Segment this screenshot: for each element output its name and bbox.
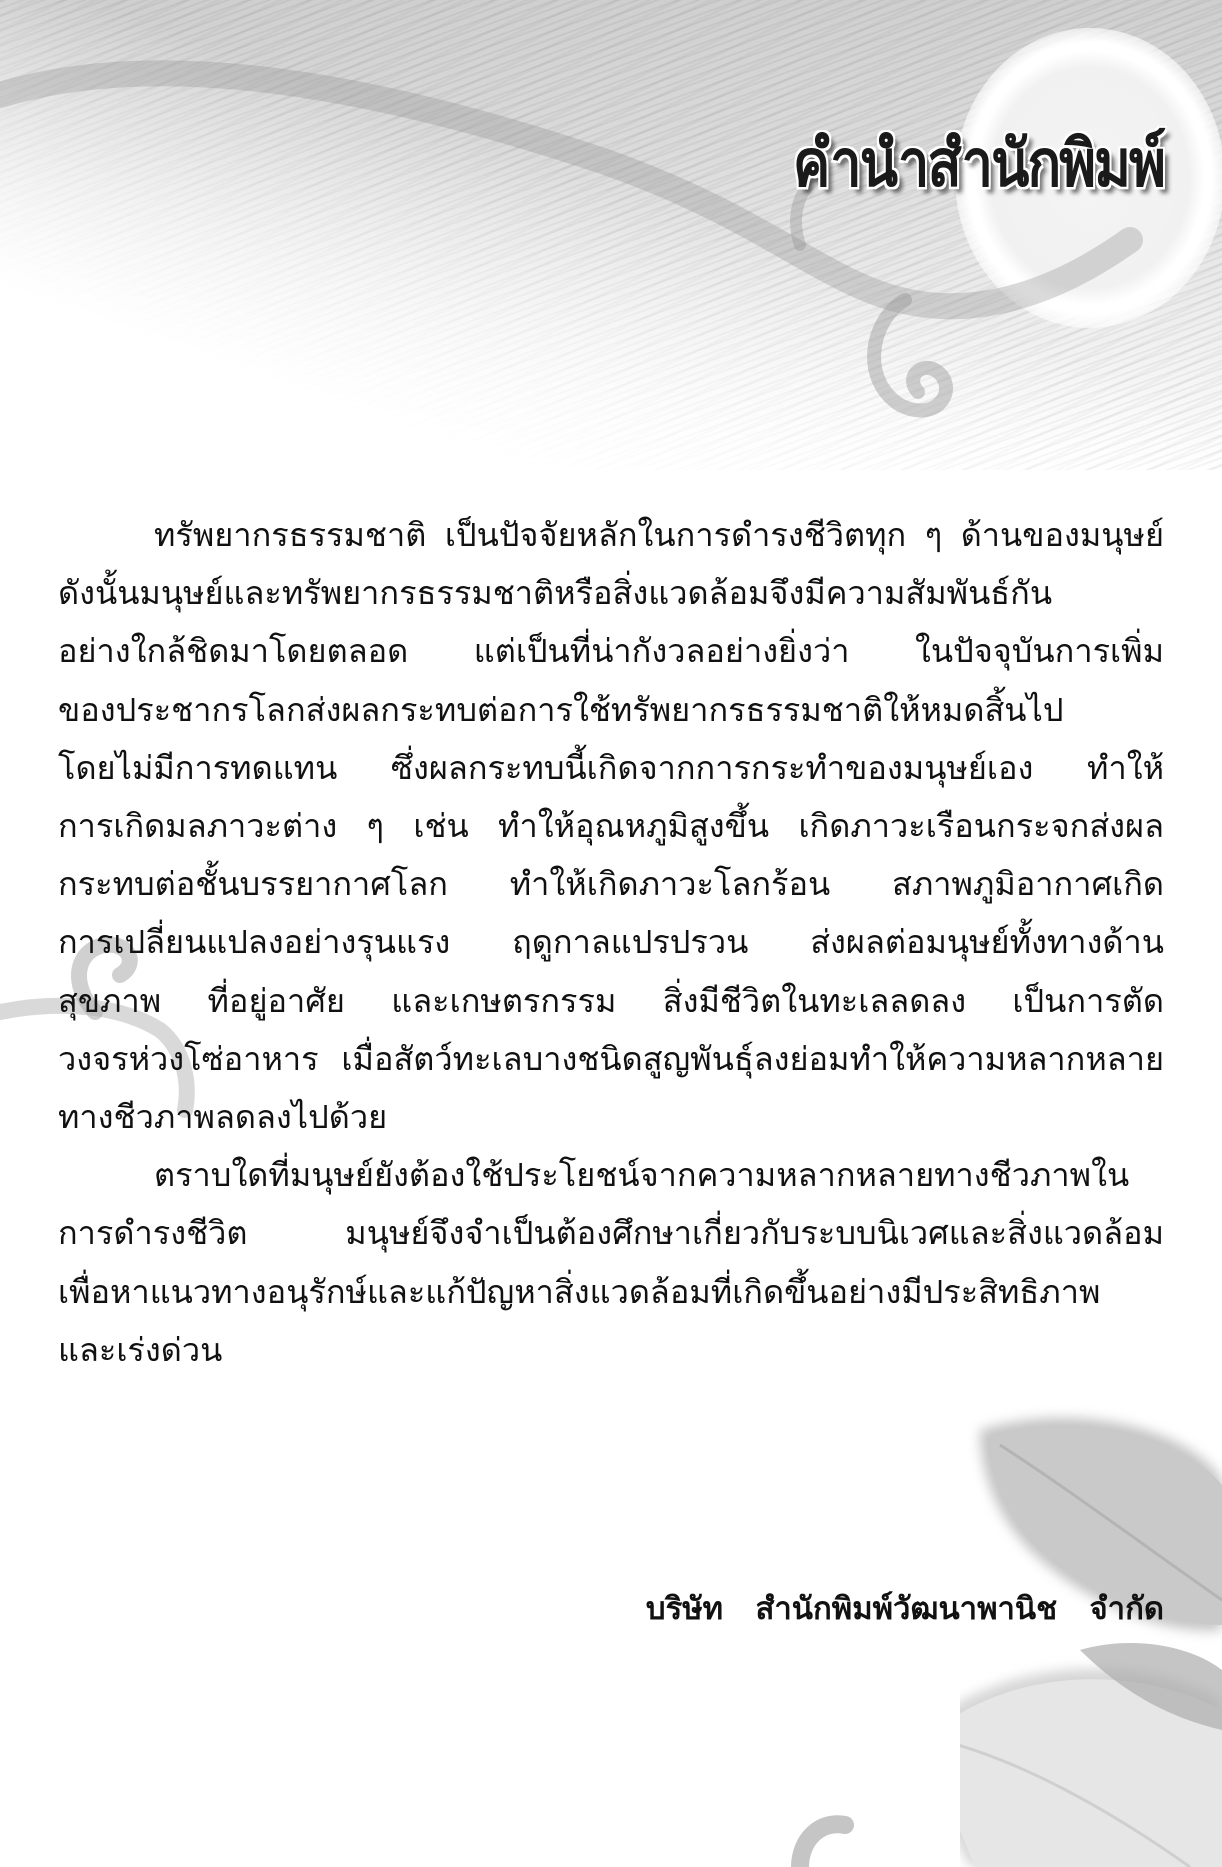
top-texture-decoration [0, 0, 1222, 470]
text-line: กระทบต่อชั้นบรรยากาศโลก ทำให้เกิดภาวะโลก… [58, 855, 1164, 913]
text-line: เพื่อหาแนวทางอนุรักษ์และแก้ปัญหาสิ่งแวดล… [58, 1263, 1164, 1321]
paragraph-2: ตราบใดที่มนุษย์ยังต้องใช้ประโยชน์จากความ… [58, 1146, 1164, 1379]
paragraph-1: ทรัพยากรธรรมชาติ เป็นปัจจัยหลักในการดำรง… [58, 506, 1164, 1146]
page-title: คำนำสำนักพิมพ์ [793, 112, 1164, 214]
foreword-body: ทรัพยากรธรรมชาติ เป็นปัจจัยหลักในการดำรง… [58, 506, 1164, 1379]
text-line: และเร่งด่วน [58, 1321, 1164, 1379]
text-line: ทรัพยากรธรรมชาติ เป็นปัจจัยหลักในการดำรง… [58, 506, 1164, 564]
text-line: วงจรห่วงโซ่อาหาร เมื่อสัตว์ทะเลบางชนิดสู… [58, 1030, 1164, 1088]
text-line: การดำรงชีวิต มนุษย์จึงจำเป็นต้องศึกษาเกี… [58, 1204, 1164, 1262]
text-line: ของประชากรโลกส่งผลกระทบต่อการใช้ทรัพยากร… [58, 681, 1164, 739]
publisher-signature: บริษัท สำนักพิมพ์วัฒนาพานิช จำกัด [646, 1583, 1164, 1633]
text-line: ดังนั้นมนุษย์และทรัพยากรธรรมชาติหรือสิ่ง… [58, 564, 1164, 622]
text-line: การเกิดมลภาวะต่าง ๆ เช่น ทำให้อุณหภูมิสู… [58, 797, 1164, 855]
leaves-decoration [960, 1400, 1222, 1867]
text-line: ตราบใดที่มนุษย์ยังต้องใช้ประโยชน์จากความ… [58, 1146, 1164, 1204]
text-line: ทางชีวภาพลดลงไปด้วย [58, 1088, 1164, 1146]
text-line: สุขภาพ ที่อยู่อาศัย และเกษตรกรรม สิ่งมีช… [58, 972, 1164, 1030]
text-line: โดยไม่มีการทดแทน ซึ่งผลกระทบนี้เกิดจากกา… [58, 739, 1164, 797]
text-line: การเปลี่ยนแปลงอย่างรุนแรง ฤดูกาลแปรปรวน … [58, 913, 1164, 971]
text-line: อย่างใกล้ชิดมาโดยตลอด แต่เป็นที่น่ากังวล… [58, 622, 1164, 680]
